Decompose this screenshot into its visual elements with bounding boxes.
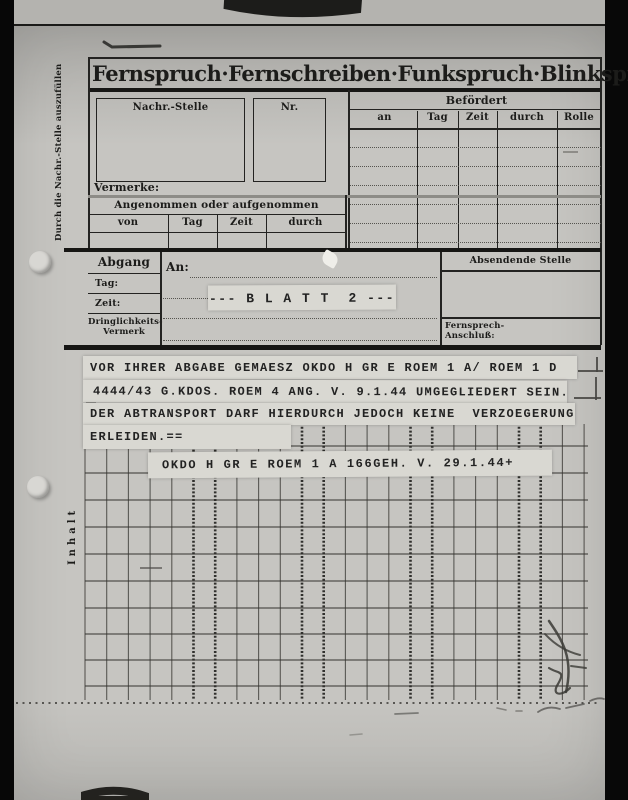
signature-line: OKDO H GR E ROEM 1 A 166GEH. V. 29.1.44+	[162, 457, 552, 472]
message-line-2: 4444/43 G.KDOS. ROEM 4 ANG. V. 9.1.44 UM…	[93, 385, 567, 398]
pencil-smudge-mid	[497, 708, 522, 711]
message-line-4: ERLEIDEN.==	[90, 431, 291, 443]
pencil-smudge-right	[538, 698, 604, 712]
paper-corner-crease	[104, 42, 160, 47]
message-line-3: DER ABTRANSPORT DARF HIERDURCH JEDOCH KE…	[90, 408, 575, 420]
message-strip-4: ERLEIDEN.==	[83, 425, 291, 449]
message-strip-1: VOR IHRER ABGABE GEMAESZ OKDO H GR E ROE…	[83, 356, 577, 379]
message-strip-3: DER ABTRANSPORT DARF HIERDURCH JEDOCH KE…	[83, 403, 575, 425]
document-photo: Durch die Nachr.-Stelle auszufüllen Inha…	[0, 0, 628, 800]
photo-bottom-blob	[85, 791, 145, 800]
signature-strip: OKDO H GR E ROEM 1 A 166GEH. V. 29.1.44+	[148, 450, 552, 479]
pencil-dash-bottom	[395, 713, 418, 714]
photo-top-blob	[225, 0, 360, 10]
message-line-1: VOR IHRER ABGABE GEMAESZ OKDO H GR E ROE…	[90, 362, 577, 374]
message-strip-2: 4444/43 G.KDOS. ROEM 4 ANG. V. 9.1.44 UM…	[83, 379, 567, 403]
pencil-dash-bottom-2	[350, 734, 362, 735]
